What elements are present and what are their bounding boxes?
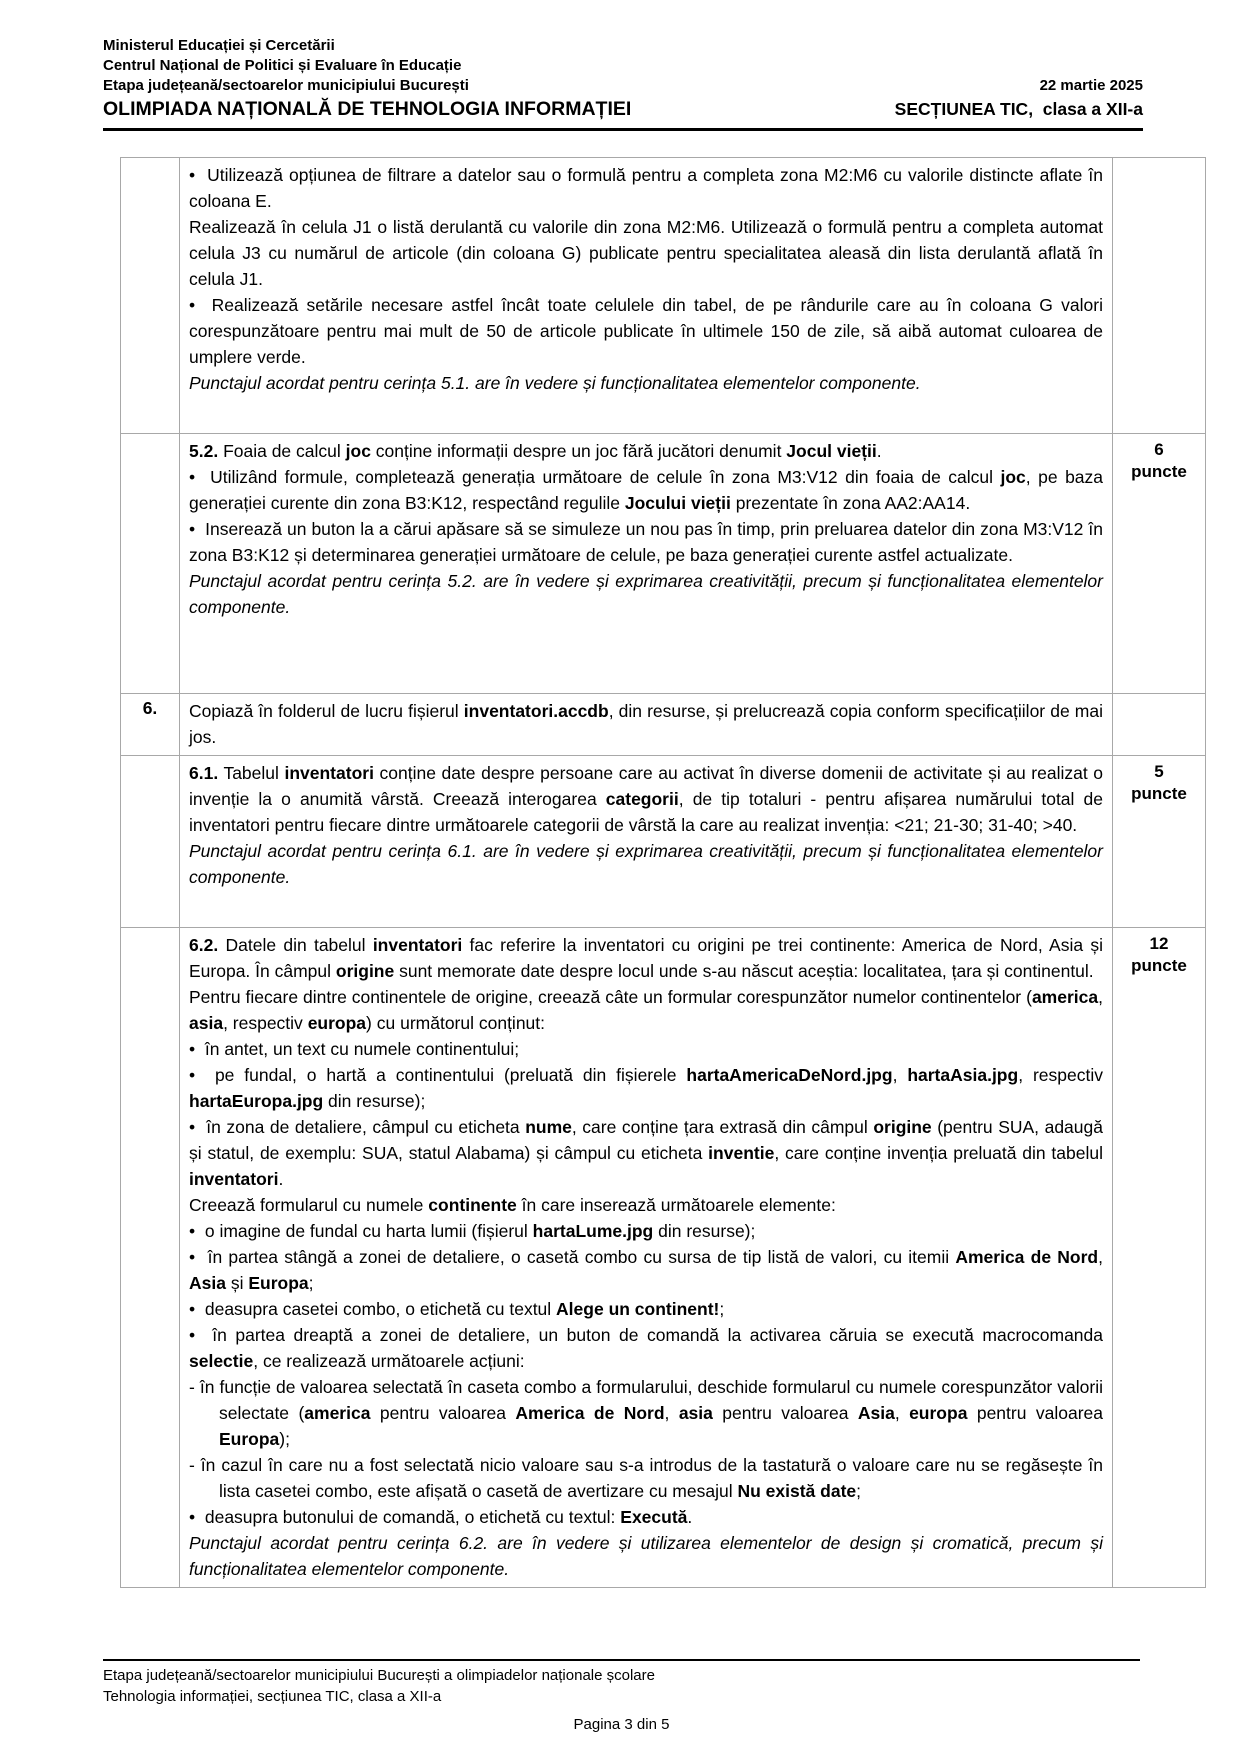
document-footer: Etapa județeană/sectoarelor municipiului… [103,1659,1140,1735]
table-row: 6.1. Tabelul inventatori conține date de… [121,756,1206,928]
item-number-cell [121,928,180,1588]
header-date: 22 martie 2025 [1040,77,1143,94]
requirement-cell: • Utilizează opțiunea de filtrare a date… [180,158,1113,434]
paragraph: Copiază în folderul de lucru fișierul in… [189,698,1103,750]
paragraph: Creează formularul cu numele continente … [189,1192,1103,1218]
header-section: SECȚIUNEA TIC, clasa a XII-a [895,99,1143,120]
table-row: 6.Copiază în folderul de lucru fișierul … [121,694,1206,756]
item-number-cell [121,756,180,928]
paragraph: • Realizează setările necesare astfel în… [189,292,1103,370]
paragraph: 6.2. Datele din tabelul inventatori fac … [189,932,1103,984]
points-value: 5 [1114,761,1204,783]
requirement-cell: 6.1. Tabelul inventatori conține date de… [180,756,1113,928]
document-page: Ministerul Educației și Cercetării Centr… [0,0,1241,1755]
paragraph: Punctajul acordat pentru cerința 5.1. ar… [189,370,1103,396]
footer-subject: Tehnologia informației, secțiunea TIC, c… [103,1686,1140,1707]
item-number-cell: 6. [121,694,180,756]
header-ministry: Ministerul Educației și Cercetării [103,36,1143,56]
paragraph: • o imagine de fundal cu harta lumii (fi… [189,1218,1103,1244]
requirements-table-body: • Utilizează opțiunea de filtrare a date… [121,158,1206,1588]
points-unit: puncte [1114,955,1204,977]
paragraph: - în funcție de valoarea selectată în ca… [189,1374,1103,1452]
requirement-cell: Copiază în folderul de lucru fișierul in… [180,694,1113,756]
paragraph: • deasupra butonului de comandă, o etich… [189,1504,1103,1530]
paragraph: • în antet, un text cu numele continentu… [189,1036,1103,1062]
paragraph: Punctajul acordat pentru cerința 6.2. ar… [189,1530,1103,1582]
paragraph: • Inserează un buton la a cărui apăsare … [189,516,1103,568]
header-divider [103,128,1143,131]
points-cell [1113,694,1206,756]
header-stage: Etapa județeană/sectoarelor municipiului… [103,76,469,96]
paragraph: Pentru fiecare dintre continentele de or… [189,984,1103,1036]
paragraph: • pe fundal, o hartă a continentului (pr… [189,1062,1103,1114]
paragraph: • în zona de detaliere, câmpul cu etiche… [189,1114,1103,1192]
paragraph: 5.2. Foaia de calcul joc conține informa… [189,438,1103,464]
table-row: 5.2. Foaia de calcul joc conține informa… [121,434,1206,694]
points-unit: puncte [1114,783,1204,805]
paragraph: • deasupra casetei combo, o etichetă cu … [189,1296,1103,1322]
requirement-cell: 6.2. Datele din tabelul inventatori fac … [180,928,1113,1588]
document-header: Ministerul Educației și Cercetării Centr… [103,36,1143,131]
header-olympiad-title: OLIMPIADA NAȚIONALĂ DE TEHNOLOGIA INFORM… [103,96,631,123]
points-cell: 12puncte [1113,928,1206,1588]
page-number: Pagina 3 din 5 [103,1714,1140,1735]
table-row: 6.2. Datele din tabelul inventatori fac … [121,928,1206,1588]
paragraph: - în cazul în care nu a fost selectată n… [189,1452,1103,1504]
points-unit: puncte [1114,461,1204,483]
paragraph: 6.1. Tabelul inventatori conține date de… [189,760,1103,838]
points-cell [1113,158,1206,434]
table-row: • Utilizează opțiunea de filtrare a date… [121,158,1206,434]
points-cell: 5puncte [1113,756,1206,928]
footer-stage: Etapa județeană/sectoarelor municipiului… [103,1665,1140,1686]
paragraph: Punctajul acordat pentru cerința 6.1. ar… [189,838,1103,890]
points-value: 6 [1114,439,1204,461]
header-center: Centrul Național de Politici și Evaluare… [103,56,1143,76]
paragraph: • în partea stângă a zonei de detaliere,… [189,1244,1103,1296]
footer-divider [103,1659,1140,1661]
points-cell: 6puncte [1113,434,1206,694]
requirement-cell: 5.2. Foaia de calcul joc conține informa… [180,434,1113,694]
paragraph: Realizează în celula J1 o listă derulant… [189,214,1103,292]
paragraph: • Utilizează opțiunea de filtrare a date… [189,162,1103,214]
paragraph: Punctajul acordat pentru cerința 5.2. ar… [189,568,1103,620]
item-number-cell [121,434,180,694]
paragraph: • în partea dreaptă a zonei de detaliere… [189,1322,1103,1374]
requirements-table: • Utilizează opțiunea de filtrare a date… [120,157,1206,1588]
paragraph: • Utilizând formule, completează generaț… [189,464,1103,516]
points-value: 12 [1114,933,1204,955]
item-number-cell [121,158,180,434]
